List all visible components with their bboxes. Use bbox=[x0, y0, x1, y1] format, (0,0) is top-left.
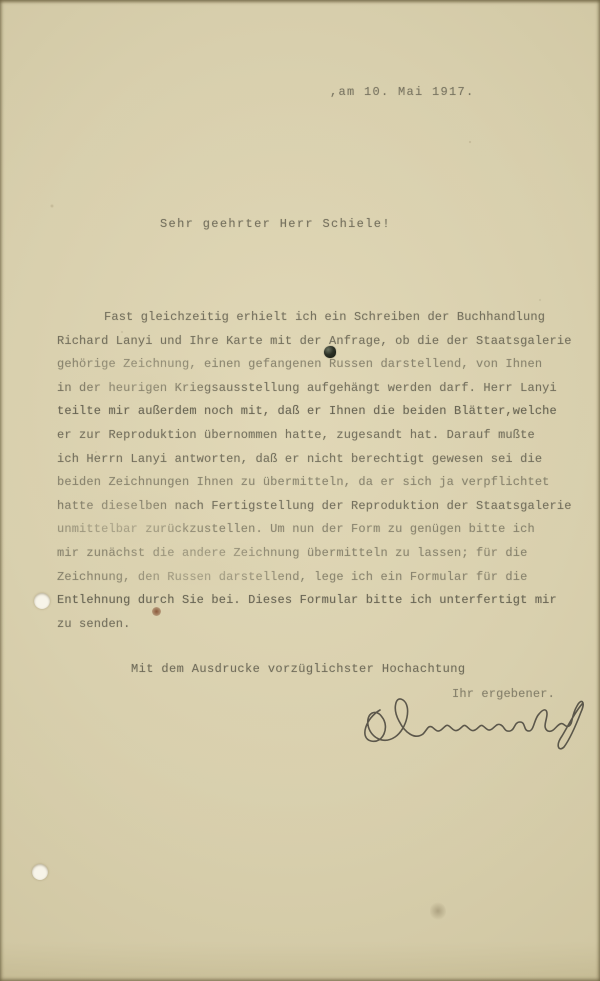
body-line: gehörige Zeichnung, einen gefangenen Rus… bbox=[57, 353, 577, 377]
brown-stain-dot bbox=[152, 607, 161, 616]
punch-hole-upper bbox=[34, 593, 50, 609]
body-line: Fast gleichzeitig erhielt ich ein Schrei… bbox=[57, 306, 577, 330]
letter-body: Fast gleichzeitig erhielt ich ein Schrei… bbox=[57, 306, 577, 636]
body-line: mir zunächst die andere Zeichnung übermi… bbox=[57, 542, 577, 566]
punch-hole-lower bbox=[32, 864, 48, 880]
body-line: teilte mir außerdem noch mit, daß er Ihn… bbox=[57, 400, 577, 424]
handwritten-signature-icon bbox=[356, 694, 588, 754]
body-line: beiden Zeichnungen Ihnen zu übermitteln,… bbox=[57, 471, 577, 495]
body-line: in der heurigen Kriegsausstellung aufgeh… bbox=[57, 377, 577, 401]
closing-line: Mit dem Ausdrucke vorzüglichster Hochach… bbox=[131, 662, 465, 676]
body-line: ich Herrn Lanyi antworten, daß er nicht … bbox=[57, 448, 577, 472]
body-line: unmittelbar zurückzustellen. Um nun der … bbox=[57, 518, 577, 542]
body-line: er zur Reproduktion übernommen hatte, zu… bbox=[57, 424, 577, 448]
salutation: Sehr geehrter Herr Schiele! bbox=[160, 217, 391, 231]
letter-page: ,am 10. Mai 1917. Sehr geehrter Herr Sch… bbox=[0, 0, 600, 981]
date-line: ,am 10. Mai 1917. bbox=[330, 85, 475, 99]
body-line: Richard Lanyi und Ihre Karte mit der Anf… bbox=[57, 330, 577, 354]
ink-blot bbox=[324, 346, 336, 358]
body-line: Zeichnung, den Russen darstellend, lege … bbox=[57, 566, 577, 590]
body-line: hatte dieselben nach Fertigstellung der … bbox=[57, 495, 577, 519]
body-line: zu senden. bbox=[57, 613, 577, 637]
gray-smudge bbox=[430, 902, 446, 920]
body-line: Entlehnung durch Sie bei. Dieses Formula… bbox=[57, 589, 577, 613]
